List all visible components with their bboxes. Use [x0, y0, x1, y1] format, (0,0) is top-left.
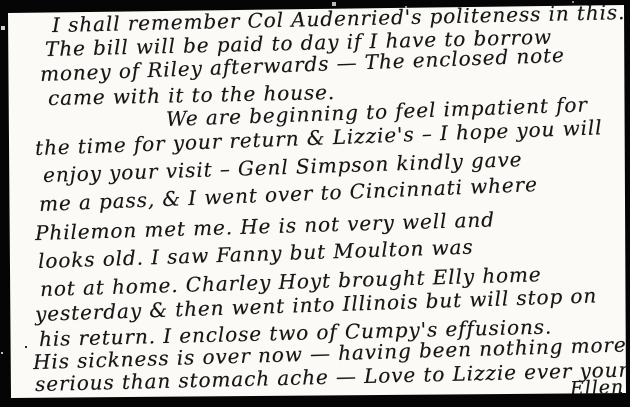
scanned-letter-image: I shall remember Col Audenried's politen… — [0, 0, 630, 407]
signature: Ellen — [570, 376, 625, 400]
scan-noise-specks — [0, 0, 2, 2]
letter-page: I shall remember Col Audenried's politen… — [0, 0, 630, 407]
